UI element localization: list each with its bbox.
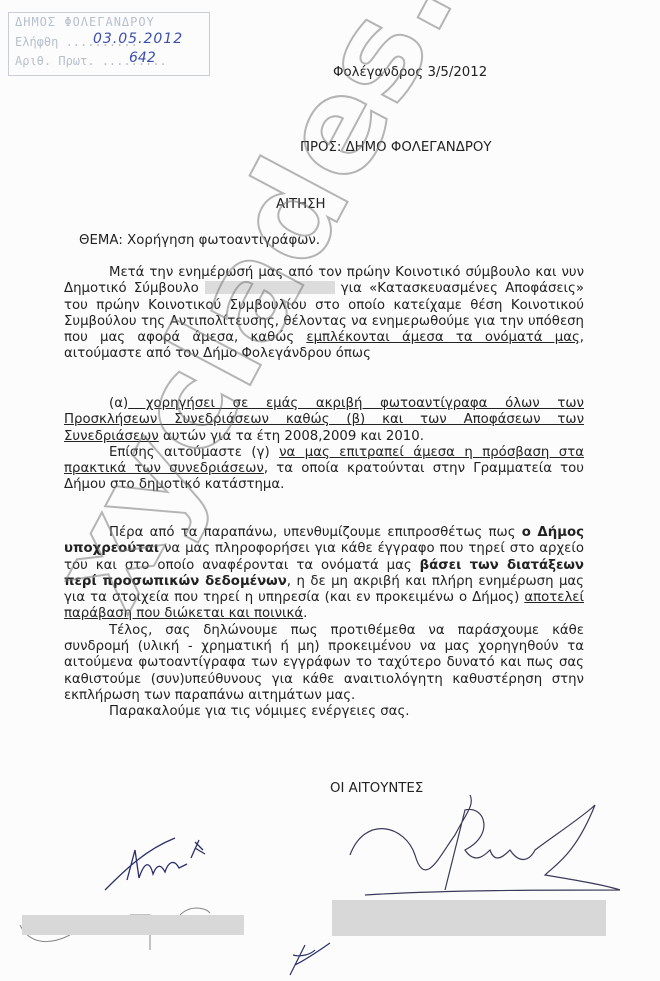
redacted-name (205, 281, 335, 294)
paragraph-2: (α) χορηγήσει σε εμάς ακριβή φωτοαντίγρα… (64, 396, 584, 494)
p3-text-a: Πέρα από τα παραπάνω, υπενθυμίζουμε επιπ… (109, 525, 522, 540)
protocol-stamp: ΔΗΜΟΣ ΦΟΛΕΓΑΝΔΡΟΥ Ελήφθη .......... Αριθ… (8, 12, 210, 76)
place-and-date: Φολέγανδρος 3/5/2012 (333, 65, 487, 80)
signature-right (345, 795, 625, 905)
signature-bottom (285, 935, 335, 981)
item-a-label: (α) (109, 396, 128, 411)
scanned-document-page: ΔΗΜΟΣ ΦΟΛΕΓΑΝΔΡΟΥ Ελήφθη .......... Αριθ… (0, 0, 660, 981)
p2b-text-a: Επίσης αιτούμαστε (γ) (109, 445, 279, 460)
p3-text-d: . (303, 606, 307, 621)
p2-text-b: αυτών για τα έτη 2008,2009 και 2010. (159, 429, 424, 444)
paragraph-4: Τέλος, σας δηλώνουμε πως προτιθέμεθα να … (64, 623, 584, 704)
redacted-signer-name-left (22, 915, 244, 935)
p1-underlined: εμπλέκονται άμεσα τα ονόματά μας (306, 330, 579, 345)
redacted-signer-name-right (332, 900, 606, 936)
stamp-authority: ΔΗΜΟΣ ΦΟΛΕΓΑΝΔΡΟΥ (15, 15, 155, 29)
paragraph-5: Παρακαλούμε για τις νόμιμες ενέργειες σα… (64, 704, 584, 720)
recipient: ΠΡΟΣ: ΔΗΜΟ ΦΟΛΕΓΑΝΔΡΟΥ (300, 140, 491, 155)
stamp-received-date: 03.05.2012 (93, 31, 183, 47)
paragraph-3: Πέρα από τα παραπάνω, υπενθυμίζουμε επιπ… (64, 525, 584, 721)
signers-heading: ΟΙ ΑΙΤΟΥΝΤΕΣ (330, 781, 423, 796)
document-title: ΑΙΤΗΣΗ (276, 197, 326, 212)
subject-line: ΘΕΜΑ: Χορήγηση φωτοαντιγράφων. (79, 233, 320, 248)
paragraph-1: Μετά την ενημέρωσή μας από τον πρώην Κοι… (64, 265, 584, 363)
stamp-protocol-number: 642 (129, 50, 156, 66)
